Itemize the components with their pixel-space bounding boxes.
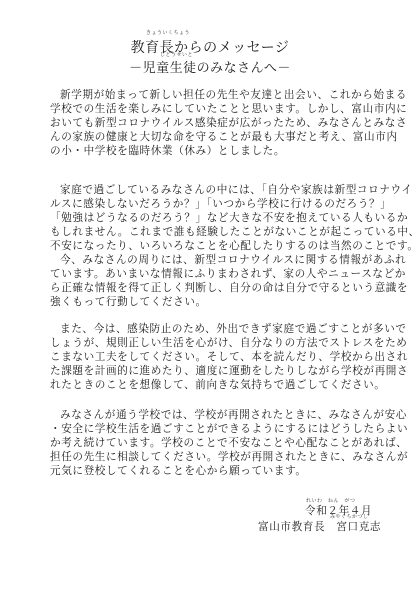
text-line: 担任の先生に相談してください。学校が再開されたときに、みなさんが xyxy=(50,450,370,464)
paragraph-4: みなさんが通う学校では、学校が再開されたときに、みなさんが安心 ・安全に学校生活… xyxy=(50,408,370,478)
text-line: 強くもって行動してください。 xyxy=(50,295,370,309)
paragraph-3: また、今は、感染防止のため、外出できず家庭で過ごすことが多いで しょうが、規則正… xyxy=(50,322,370,392)
text-line: また、今は、感染防止のため、外出できず家庭で過ごすことが多いで xyxy=(50,322,370,336)
text-line: もしれません。これまで誰も経験したことがないことが起こっている中、 xyxy=(50,225,370,239)
page-title: 教育長からのメッセージ xyxy=(0,37,420,57)
text-line: ら正確な情報を得て正しく判断し、自分の命は自分で守るという意識を xyxy=(50,281,370,295)
text-line: 学校での生活を楽しみにしていたことと思います。しかし、富山市内に xyxy=(50,102,370,116)
text-line: ています。あいまいな情報にふりまわされず、家の人やニュースなどか xyxy=(50,267,370,281)
text-line: おいても新型コロナウイルス感染症が広がったため、みなさんとみなさ xyxy=(50,116,370,130)
text-line: 「勉強はどうなるのだろう？」など大きな不安を抱えている人もいるか xyxy=(50,211,370,225)
page-subtitle: －児童生徒のみなさんへ－ xyxy=(0,57,420,76)
text-line: ルスに感染しないだろうか？」「いつから学校に行けるのだろう？」 xyxy=(50,197,370,211)
paragraph-2: 家庭で過ごしているみなさんの中には、「自分や家族は新型コロナウイ ルスに感染しな… xyxy=(50,183,370,309)
text-line: 新学期が始まって新しい担任の先生や友達と出会い、これから始まる xyxy=(50,88,370,102)
text-line: こまない工夫をしてください。そして、本を読んだり、学校から出され xyxy=(50,350,370,364)
text-line: んの家族の健康と大切な命を守ることが最も大事だと考え、富山市内 xyxy=(50,130,370,144)
signature: 富山市教育長 宮口克志 xyxy=(258,519,381,534)
paragraph-1: 新学期が始まって新しい担任の先生や友達と出会い、これから始まる 学校での生活を楽… xyxy=(50,88,370,158)
title-ruby: きょういくちょう xyxy=(146,29,190,36)
text-line: 不安になったり、いろいろなことを心配したりするのは当然のことです。 xyxy=(50,239,370,253)
text-line: しょうが、規則正しい生活を心がけ、自分なりの方法でストレスをため xyxy=(50,336,370,350)
text-line: みなさんが通う学校では、学校が再開されたときに、みなさんが安心 xyxy=(50,408,370,422)
text-line: ・安全に学校生活を過ごすことができるようにするにはどうしたらよい xyxy=(50,422,370,436)
text-line: 今、みなさんの周りには、新型コロナウイルスに関する情報があふれ xyxy=(50,253,370,267)
text-line: れたときのことを想像して、前向きな気持ちで過ごしてください。 xyxy=(50,378,370,392)
letter-page: きょういくちょう 教育長からのメッセージ じどうせいと －児童生徒のみなさんへ－… xyxy=(0,0,420,594)
text-line: の小・中学校を臨時休業（休み）としました。 xyxy=(50,144,370,158)
text-line: た課題を計画的に進めたり、適度に運動をしたりしながら学校が再開さ xyxy=(50,364,370,378)
text-line: 元気に登校してくれることを心から願っています。 xyxy=(50,464,370,478)
text-line: か考え続けています。学校のことで不安なことや心配なことがあれば、 xyxy=(50,436,370,450)
text-line: 家庭で過ごしているみなさんの中には、「自分や家族は新型コロナウイ xyxy=(50,183,370,197)
